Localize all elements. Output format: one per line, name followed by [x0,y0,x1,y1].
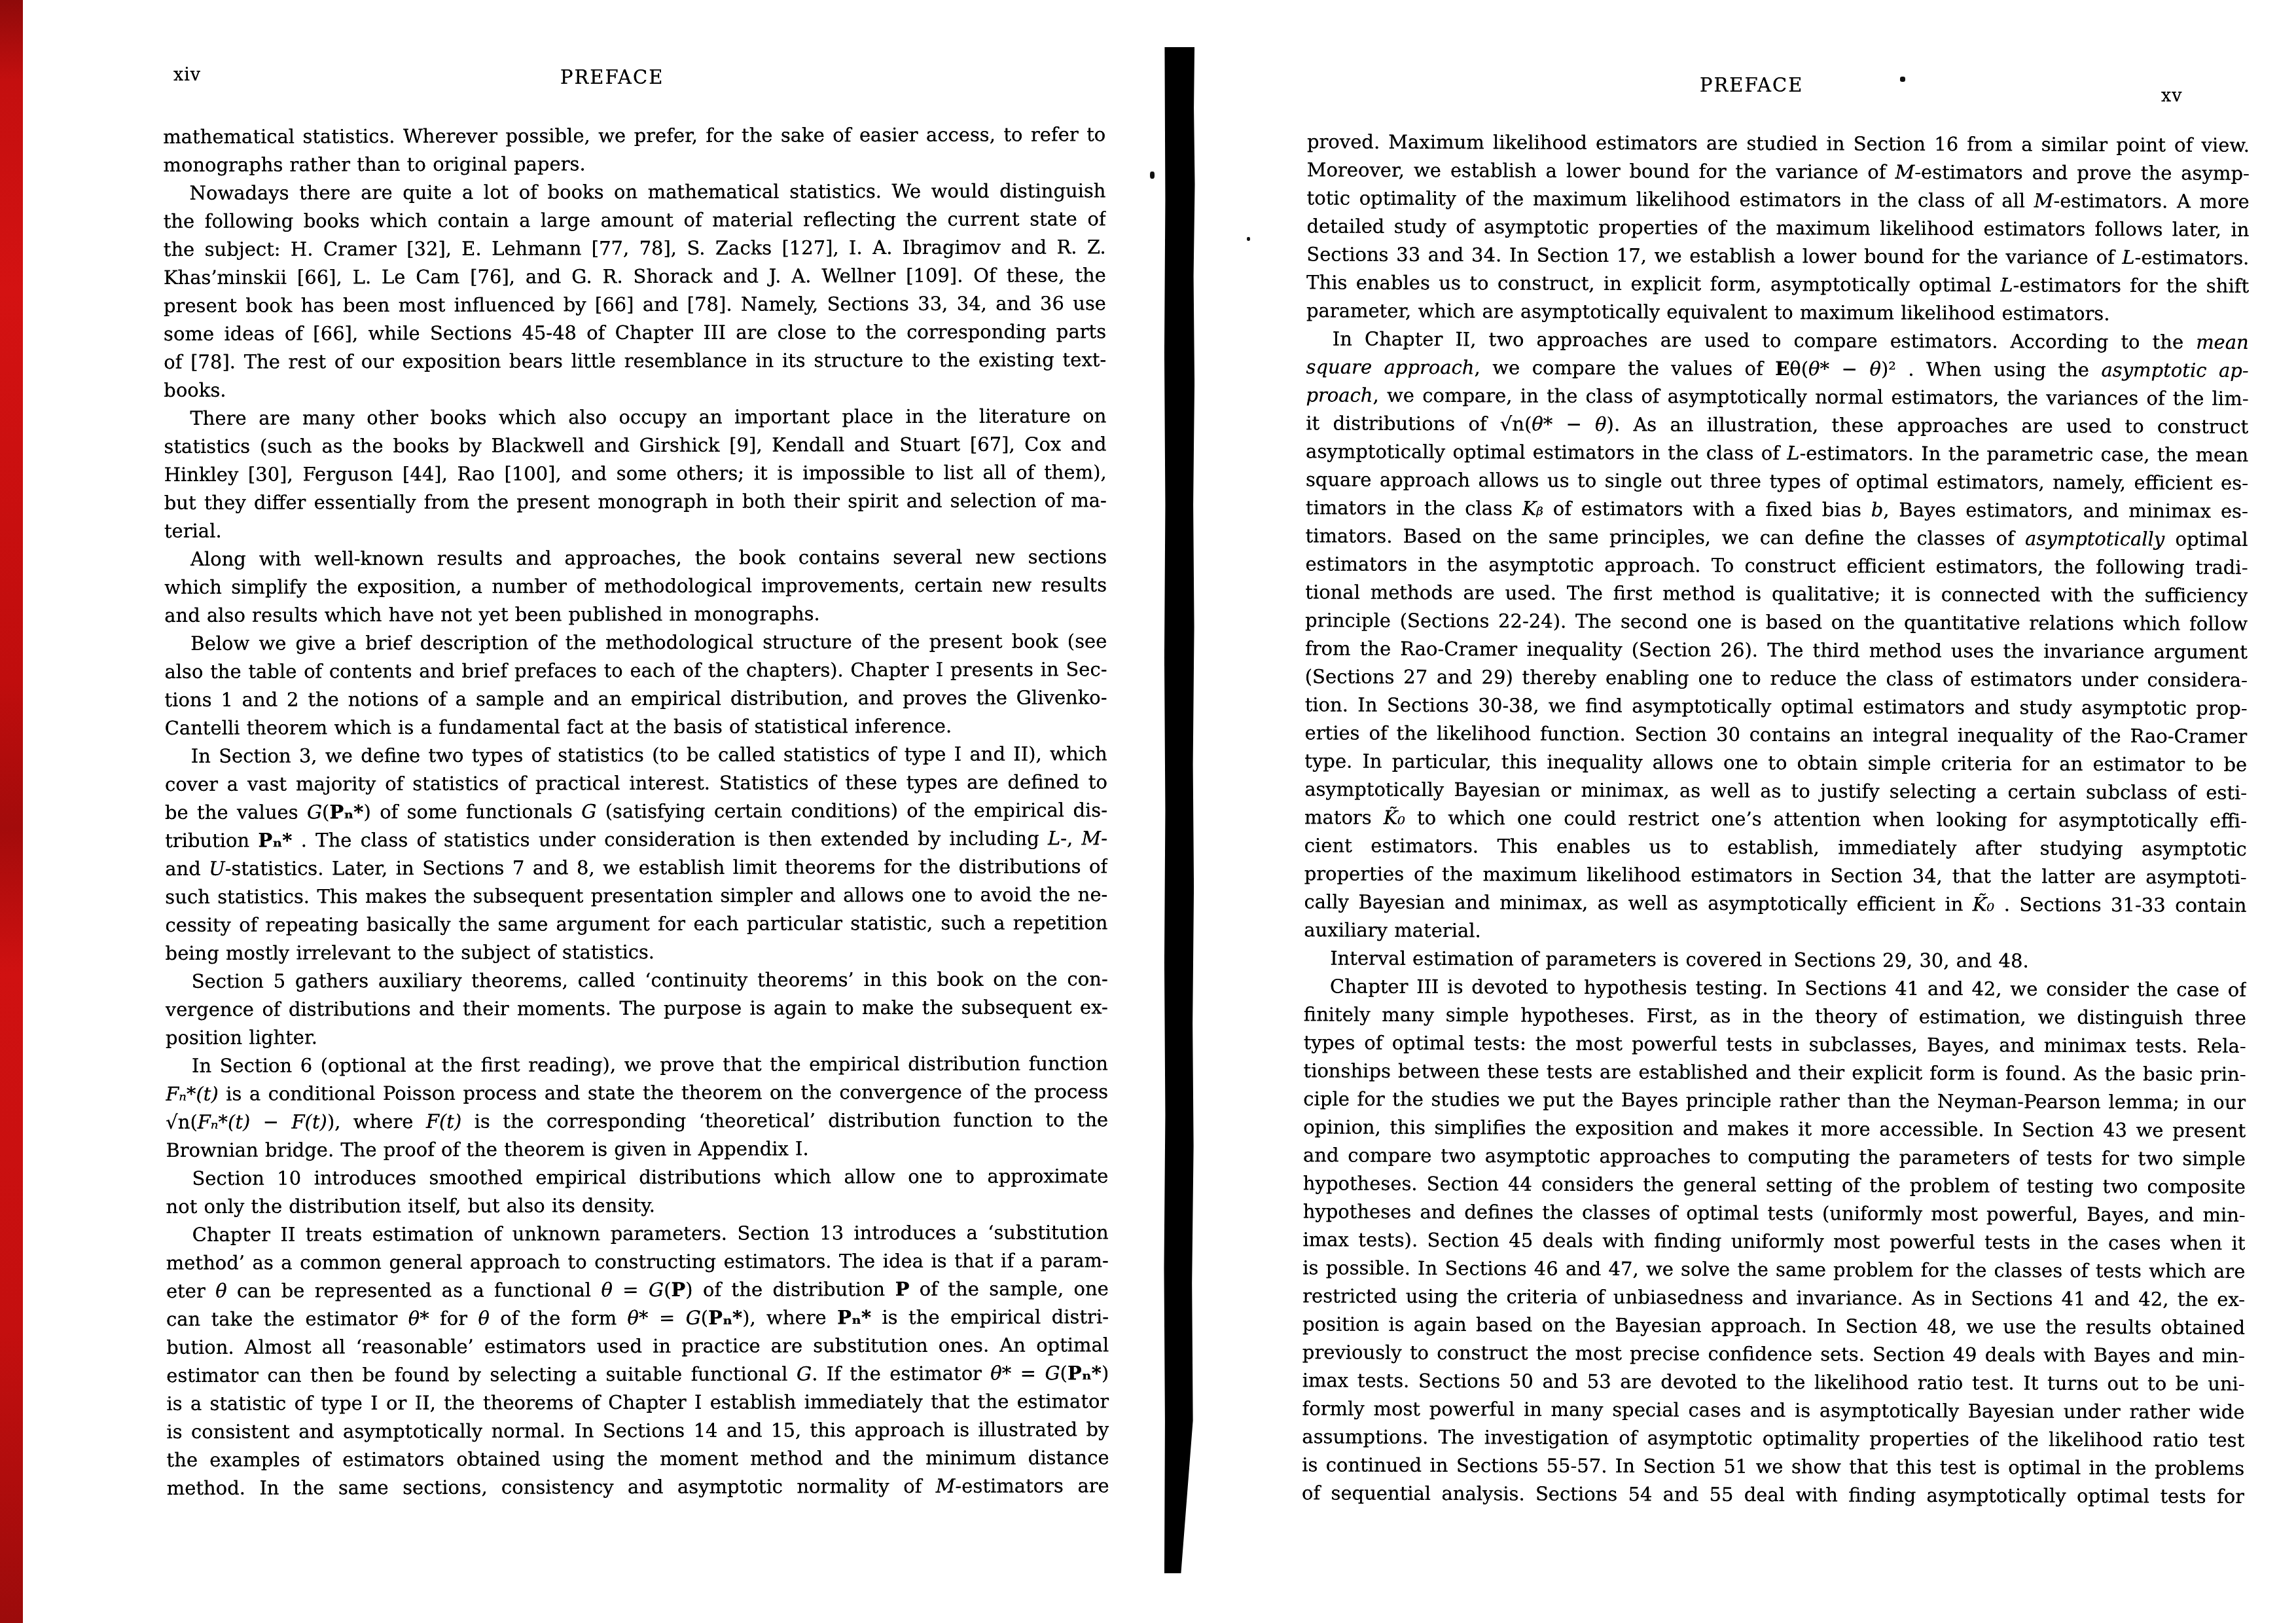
text-line: parameter, which are asymptotically equi… [1306,297,2249,329]
text-line: finitely many simple hypotheses. First, … [1304,1000,2246,1032]
left-page-header: PREFACE [560,66,664,88]
text-line: There are many other books which also oc… [164,402,1106,433]
text-line: present book has been most influenced by… [164,289,1106,320]
text-line: some ideas of [66], while Sections 45-48… [164,318,1106,348]
text-line: √n(Fₙ*(t) − F(t)), where F(t) is the cor… [166,1106,1108,1137]
text-line: can take the estimator θ* for θ of the f… [166,1303,1109,1334]
text-line: tribution Pₙ* . The class of statistics … [165,824,1107,855]
text-line: This enables us to construct, in explici… [1306,268,2249,301]
text-line: Fₙ*(t) is a conditional Poisson process … [166,1078,1108,1108]
text-line: cover a vast majority of statistics of p… [165,768,1107,799]
text-line: Cantelli theorem which is a fundamental … [165,712,1107,742]
text-line: such statistics. This makes the subseque… [165,881,1107,911]
scan-speck [1247,237,1250,241]
text-line: tional methods are used. The first metho… [1305,578,2248,610]
text-line: Brownian bridge. The proof of the theore… [166,1134,1108,1165]
text-line: of sequential analysis. Sections 54 and … [1302,1479,2244,1511]
text-line: erties of the likelihood function. Secti… [1304,719,2247,751]
text-line: being mostly irrelevant to the subject o… [166,937,1108,968]
text-line: cally Bayesian and minimax, as well as a… [1304,888,2246,920]
text-line: square approach allows us to single out … [1306,465,2248,498]
binding-spine-shadow [1164,47,1195,1573]
text-line: Along with well-known results and approa… [164,543,1107,574]
text-line: method. In the same sections, consistenc… [167,1472,1109,1503]
text-line: In Section 6 (optional at the first read… [166,1049,1108,1080]
right-page-number: xv [2161,86,2182,106]
text-line: is consistent and asymptotically normal.… [166,1415,1109,1446]
text-line: opinion, this simplifies the exposition … [1303,1113,2246,1145]
text-line: Hinkley [30], Ferguson [44], Rao [100], … [164,458,1107,489]
text-line: timators. Based on the same principles, … [1306,522,2248,554]
text-line: type. In particular, this inequality all… [1304,747,2247,779]
text-line: of [78]. The rest of our exposition bear… [164,346,1106,376]
text-line: not only the distribution itself, but al… [166,1190,1109,1221]
text-line: method’ as a common general approach to … [166,1247,1109,1277]
text-line: proach, we compare, in the class of asym… [1306,381,2248,413]
text-line: ciple for the studies we put the Bayes p… [1303,1085,2246,1117]
left-page-text-column: mathematical statistics. Wherever possib… [163,120,1109,1503]
text-line: tions 1 and 2 the notions of a sample an… [164,684,1107,714]
text-line: timators in the class Kᵦ of estimators w… [1306,494,2248,526]
text-line: the subject: H. Cramer [32], E. Lehmann … [164,233,1106,264]
text-line: principle (Sections 22-24). The second o… [1305,606,2248,638]
text-line: Chapter III is devoted to hypothesis tes… [1304,972,2246,1004]
red-book-edge-strip [0,0,23,1623]
text-line: assumptions. The investigation of asympt… [1302,1423,2244,1455]
text-line: position lighter. [166,1021,1108,1052]
text-line: formly most powerful in many special cas… [1302,1395,2244,1427]
text-line: the following books which contain a larg… [164,205,1106,236]
text-line: square approach, we compare the values o… [1306,353,2249,385]
text-line: tionships between these tests are establ… [1303,1057,2246,1089]
text-line: Below we give a brief description of the… [164,627,1107,658]
text-line: In Chapter II, two approaches are used t… [1306,325,2249,357]
text-line: from the Rao-Cramer inequality (Section … [1305,634,2248,666]
text-line: properties of the maximum likelihood est… [1304,860,2247,892]
text-line: monographs rather than to original paper… [163,149,1105,179]
text-line: auxiliary material. [1304,916,2246,948]
text-line: estimator can then be found by selecting… [166,1359,1109,1390]
text-line: eter θ can be represented as a functiona… [166,1275,1109,1305]
text-line: imax tests). Section 45 deals with findi… [1302,1226,2245,1258]
text-line: types of optimal tests: the most powerfu… [1304,1029,2246,1061]
text-line: detailed study of asymptotic properties … [1306,212,2249,244]
text-line: imax tests. Sections 50 and 53 are devot… [1302,1366,2245,1398]
text-line: terial. [164,515,1107,545]
text-line: and U-statistics. Later, in Sections 7 a… [165,852,1107,883]
text-line: is possible. In Sections 46 and 47, we s… [1302,1254,2245,1286]
text-line: totic optimality of the maximum likeliho… [1307,184,2250,216]
text-line: Moreover, we establish a lower bound for… [1307,156,2250,188]
text-line: hypotheses and defines the classes of op… [1303,1197,2246,1230]
text-line: Section 5 gathers auxiliary theorems, ca… [166,965,1108,996]
text-line: asymptotically optimal estimators in the… [1306,437,2248,469]
text-line: Khas’minskii [66], L. Le Cam [76], and G… [164,261,1106,292]
text-line: Chapter II treats estimation of unknown … [166,1218,1109,1249]
text-line: but they differ essentially from the pre… [164,486,1107,517]
right-page-header: PREFACE [1700,74,1803,96]
text-line: mators K̃₀ to which one could restrict o… [1304,803,2247,835]
text-line: position is again based on the Bayesian … [1302,1310,2245,1342]
text-line: and also results which have not yet been… [164,599,1107,630]
text-line: Sections 33 and 34. In Section 17, we es… [1306,240,2249,272]
text-line: bution. Almost all ‘reasonable’ estimato… [166,1331,1109,1362]
text-line: is a statistic of type I or II, the theo… [166,1387,1109,1418]
text-line: tion. In Sections 30-38, we find asympto… [1305,691,2248,723]
right-page-text-column: proved. Maximum likelihood estimators ar… [1302,128,2250,1511]
scan-speck [1150,172,1155,179]
text-line: cient estimators. This enables us to est… [1304,831,2247,864]
text-line: Nowadays there are quite a lot of books … [163,177,1105,208]
text-line: Section 10 introduces smoothed empirical… [166,1162,1108,1193]
text-line: also the table of contents and brief pre… [164,655,1107,686]
text-line: the examples of estimators obtained usin… [167,1444,1109,1474]
text-line: cessity of repeating basically the same … [165,909,1107,939]
text-line: books. [164,374,1106,405]
text-line: Interval estimation of parameters is cov… [1304,944,2246,976]
text-line: asymptotically Bayesian or minimax, as w… [1304,775,2247,807]
text-line: is continued in Sections 55-57. In Secti… [1302,1451,2244,1483]
text-line: previously to construct the most precise… [1302,1338,2245,1370]
text-line: it distributions of √n(θ* − θ). As an il… [1306,409,2248,441]
text-line: and compare two asymptotic approaches to… [1303,1141,2246,1173]
text-line: estimators in the asymptotic approach. T… [1305,550,2248,582]
text-line: statistics (such as the books by Blackwe… [164,430,1106,461]
left-page-number: xiv [173,65,201,85]
book-scan-spread: xiv PREFACE mathematical statistics. Whe… [0,0,2296,1623]
text-line: be the values G(Pₙ*) of some functionals… [165,796,1107,827]
text-line: mathematical statistics. Wherever possib… [163,120,1105,151]
text-line: hypotheses. Section 44 considers the gen… [1303,1169,2246,1201]
text-line: In Section 3, we define two types of sta… [165,740,1107,771]
text-line: restricted using the criteria of unbiase… [1302,1282,2245,1314]
text-line: (Sections 27 and 29) thereby enabling on… [1305,663,2248,695]
text-line: which simplify the exposition, a number … [164,571,1107,602]
text-line: vergence of distributions and their mome… [166,993,1108,1024]
text-line: proved. Maximum likelihood estimators ar… [1307,128,2250,160]
scan-speck [1900,77,1905,82]
